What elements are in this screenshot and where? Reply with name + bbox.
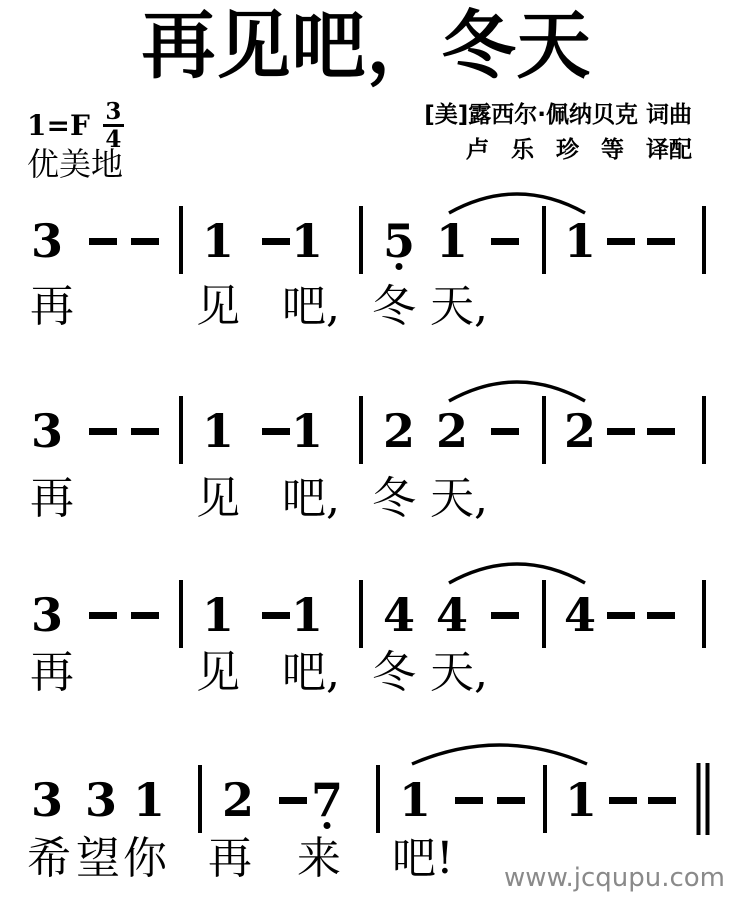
lyric-syllable: 再: [30, 650, 74, 696]
tie-slur-arc: [447, 377, 587, 403]
duration-dash: [648, 797, 676, 804]
duration-dash: [607, 612, 635, 619]
sheet-music-page: 再见吧，冬天 1=F 3 4 优美地 [美]露西尔·佩纳贝克 词曲 卢 乐 珍 …: [0, 0, 733, 899]
lyric-syllable: 吧,: [282, 476, 340, 522]
note-2: 2: [222, 777, 254, 823]
note-1: 1: [565, 777, 597, 823]
lyric-syllable: 吧!: [392, 836, 454, 882]
duration-dash: [262, 238, 290, 245]
barline: [359, 580, 363, 648]
barline: [179, 206, 183, 274]
note-1: 1: [564, 218, 596, 264]
duration-dash: [455, 797, 483, 804]
barline: [543, 765, 547, 833]
duration-dash: [647, 238, 675, 245]
note-1: 1: [436, 218, 468, 264]
lyric-syllable: 吧,: [282, 284, 340, 330]
duration-dash: [609, 797, 637, 804]
duration-dash: [131, 428, 159, 435]
tie-slur-arc: [447, 189, 587, 215]
duration-dash: [279, 797, 307, 804]
barline: [359, 396, 363, 464]
score: 311511再见吧,冬天,311222再见吧,冬天,311444再见吧,冬天,3…: [0, 0, 733, 899]
note-4: 4: [383, 592, 415, 638]
note-1: 1: [133, 777, 165, 823]
final-double-barline: [697, 763, 710, 835]
duration-dash: [262, 612, 290, 619]
duration-dash: [491, 428, 519, 435]
barline: [542, 206, 546, 274]
duration-dash: [497, 797, 525, 804]
lyric-syllable: 天,: [430, 650, 488, 696]
low-octave-dot: [396, 263, 403, 270]
barline: [198, 765, 202, 833]
duration-dash: [491, 612, 519, 619]
barline: [376, 765, 380, 833]
note-1: 1: [202, 408, 234, 454]
barline: [179, 580, 183, 648]
note-4: 4: [564, 592, 596, 638]
note-5: 5: [383, 218, 415, 264]
barline: [542, 580, 546, 648]
lyric-syllable: 再: [208, 836, 252, 882]
barline: [542, 396, 546, 464]
duration-dash: [89, 428, 117, 435]
note-1: 1: [202, 592, 234, 638]
lyric-syllable: 希: [27, 836, 71, 882]
note-7: 7: [311, 777, 343, 823]
duration-dash: [131, 612, 159, 619]
note-3: 3: [31, 777, 63, 823]
duration-dash: [89, 612, 117, 619]
lyric-syllable: 你: [123, 836, 167, 882]
lyric-syllable: 冬: [372, 476, 416, 522]
note-2: 2: [383, 408, 415, 454]
note-3: 3: [31, 592, 63, 638]
note-1: 1: [202, 218, 234, 264]
lyric-syllable: 见: [196, 476, 240, 522]
duration-dash: [89, 238, 117, 245]
lyric-syllable: 天,: [430, 284, 488, 330]
duration-dash: [491, 238, 519, 245]
note-4: 4: [436, 592, 468, 638]
duration-dash: [607, 238, 635, 245]
duration-dash: [647, 612, 675, 619]
note-1: 1: [291, 218, 323, 264]
lyric-syllable: 望: [76, 836, 120, 882]
barline: [702, 206, 706, 274]
lyric-syllable: 来: [297, 836, 341, 882]
lyric-syllable: 再: [30, 476, 74, 522]
duration-dash: [262, 428, 290, 435]
note-2: 2: [436, 408, 468, 454]
duration-dash: [131, 238, 159, 245]
low-octave-dot: [324, 822, 331, 829]
duration-dash: [647, 428, 675, 435]
lyric-syllable: 吧,: [282, 650, 340, 696]
note-2: 2: [564, 408, 596, 454]
lyric-syllable: 冬: [372, 284, 416, 330]
barline: [359, 206, 363, 274]
lyric-syllable: 天,: [430, 476, 488, 522]
note-3: 3: [31, 408, 63, 454]
barline: [702, 580, 706, 648]
lyric-syllable: 见: [196, 284, 240, 330]
lyric-syllable: 再: [30, 284, 74, 330]
note-1: 1: [399, 777, 431, 823]
tie-slur-arc: [410, 740, 589, 766]
lyric-syllable: 见: [196, 650, 240, 696]
note-1: 1: [291, 408, 323, 454]
note-3: 3: [31, 218, 63, 264]
barline: [179, 396, 183, 464]
note-3: 3: [85, 777, 117, 823]
lyric-syllable: 冬: [372, 650, 416, 696]
duration-dash: [607, 428, 635, 435]
note-1: 1: [291, 592, 323, 638]
tie-slur-arc: [447, 559, 587, 585]
barline: [702, 396, 706, 464]
watermark: www.jcqupu.com: [504, 862, 725, 894]
